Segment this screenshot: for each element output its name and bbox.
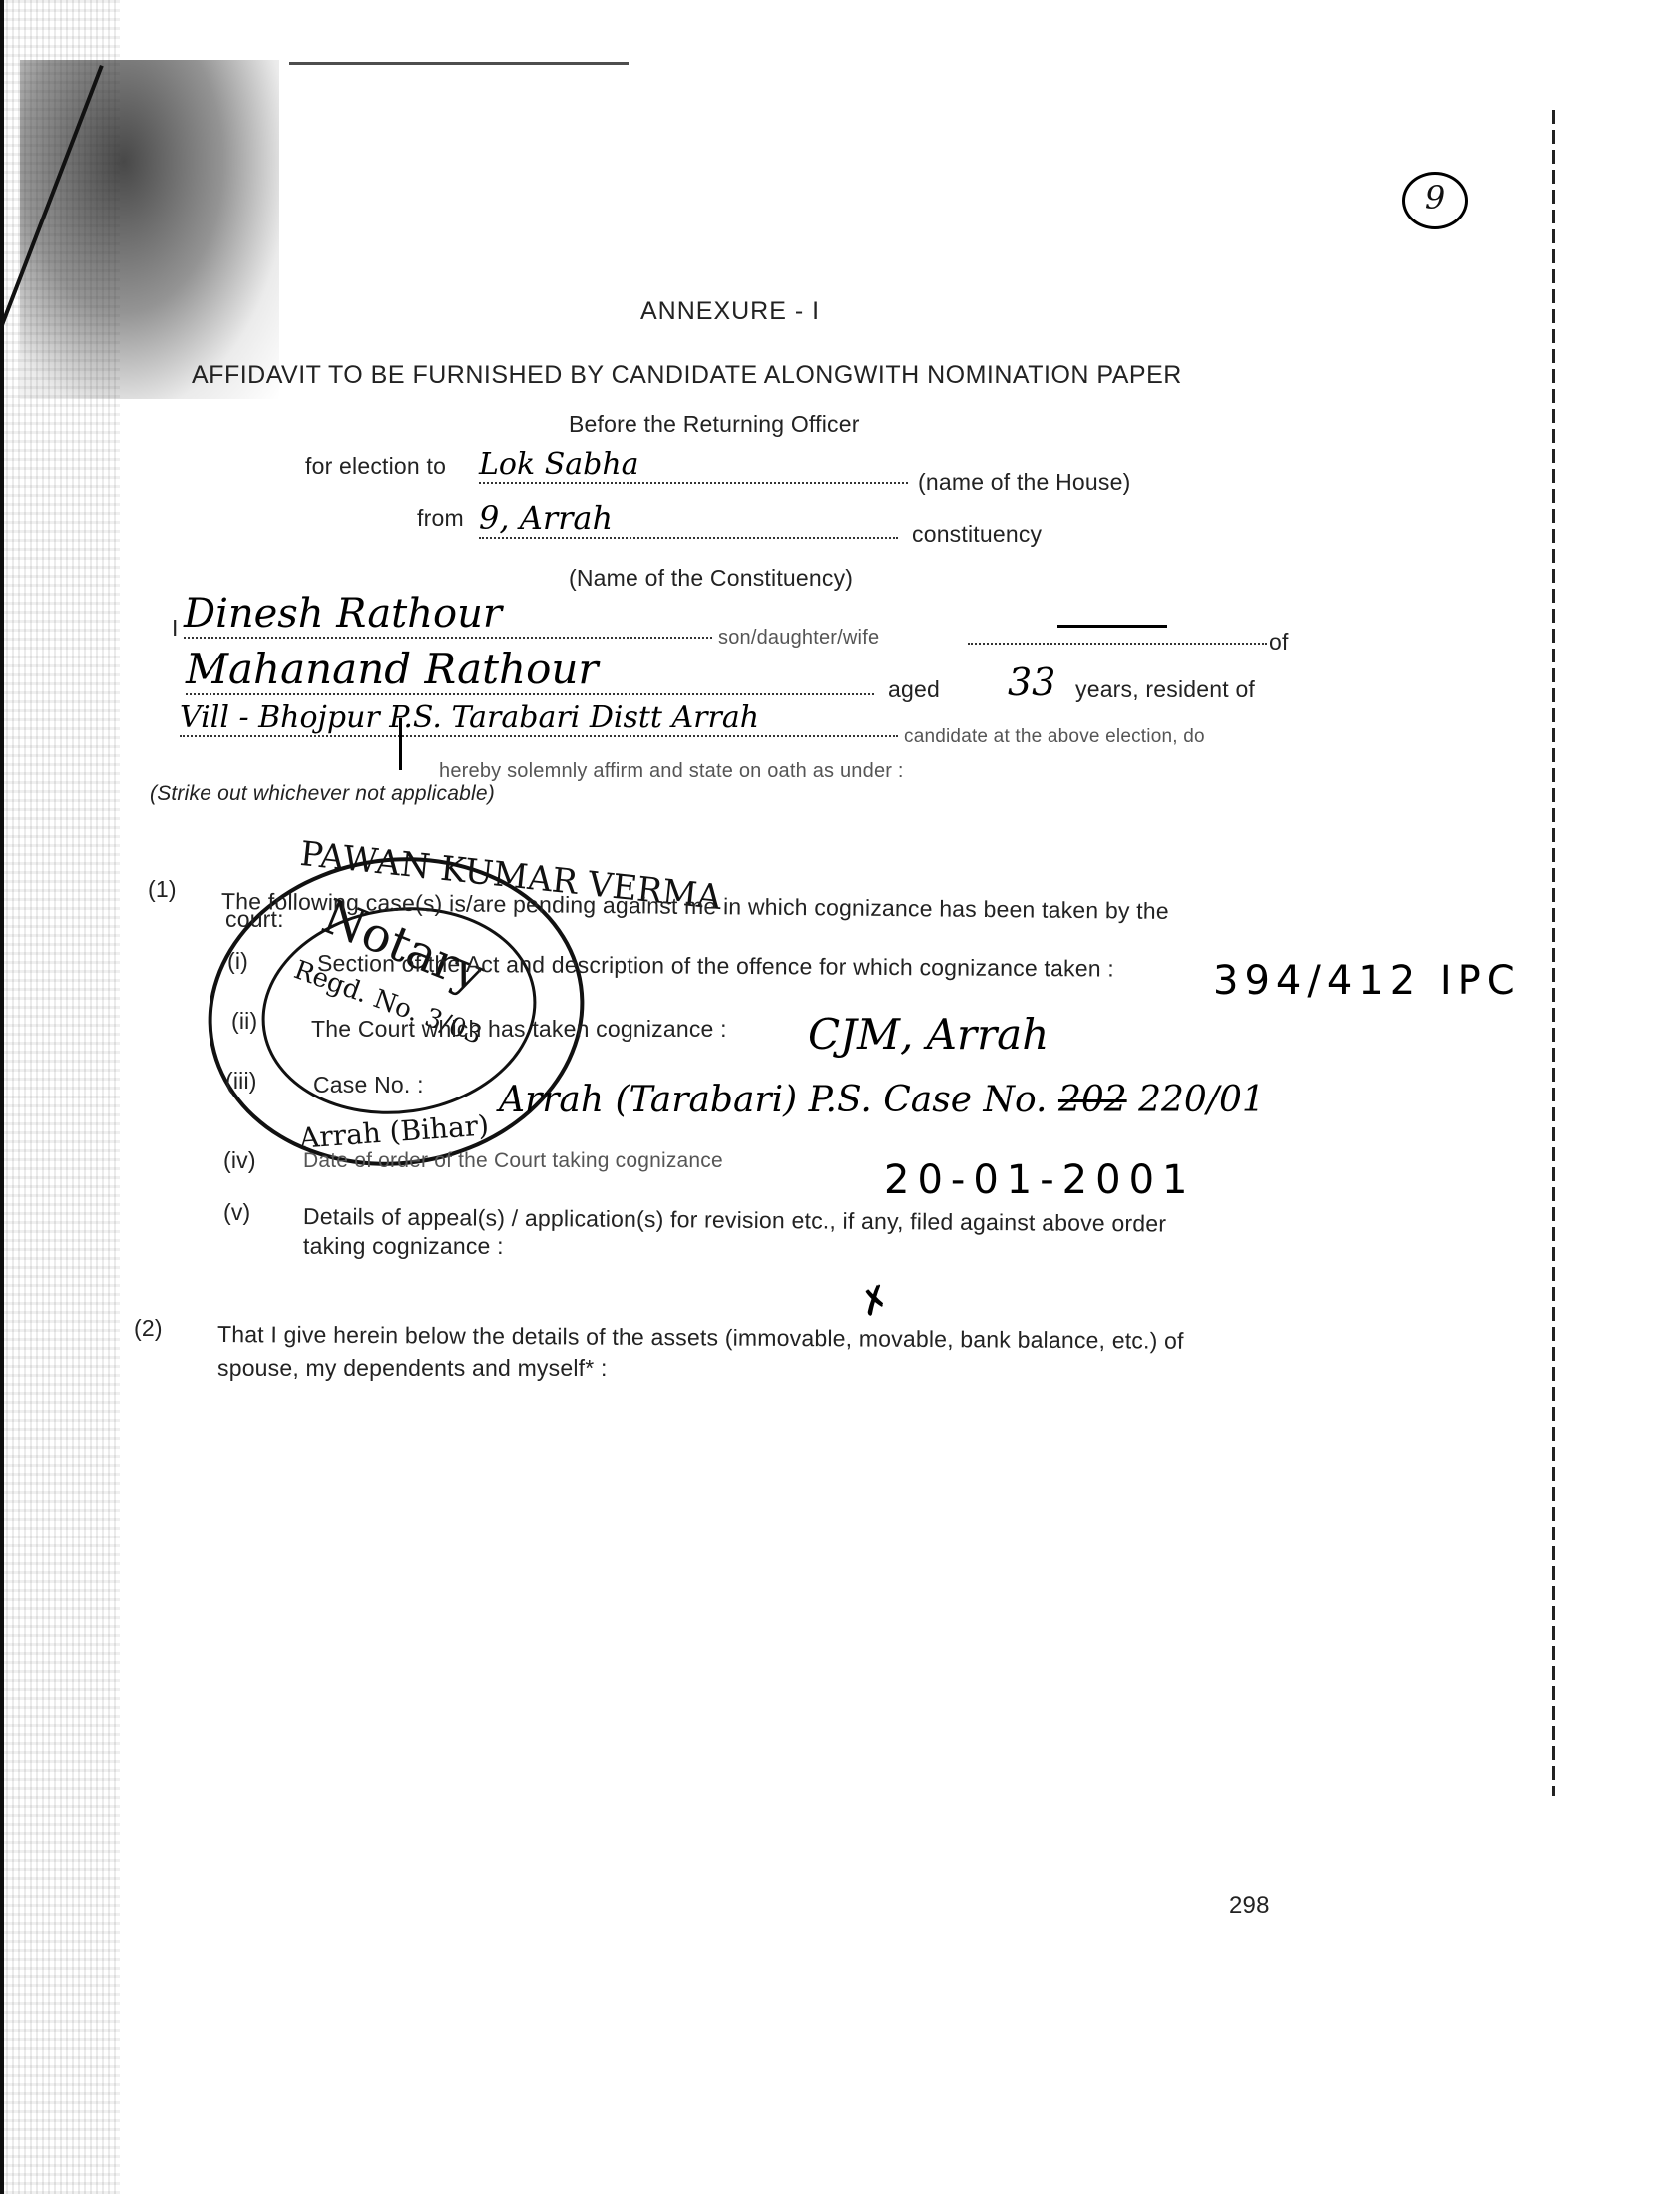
item-i-value: 394/412 IPC	[1213, 958, 1521, 1004]
item-v-value: ✗	[854, 1277, 896, 1326]
pen-mark	[399, 718, 402, 770]
item-v-number: (v)	[223, 1199, 250, 1226]
item-iii-label: Case No. :	[313, 1072, 424, 1098]
document-title: AFFIDAVIT TO BE FURNISHED BY CANDIDATE A…	[192, 361, 1182, 390]
item-ii-value: CJM, Arrah	[808, 1010, 1049, 1059]
strike-dash	[1057, 625, 1167, 628]
house-field: Lok Sabha	[479, 447, 908, 484]
item-v-label-cont: taking cognizance :	[303, 1233, 504, 1260]
item-iii-value: Arrah (Tarabari) P.S. Case No. 202 220/0…	[499, 1080, 1265, 1120]
strike-note: (Strike out whichever not applicable)	[150, 782, 495, 806]
constituency-field: 9, Arrah	[479, 499, 898, 539]
house-value: Lok Sabha	[479, 447, 908, 484]
item-i-number: (i)	[227, 948, 248, 975]
page-number: 298	[1229, 1892, 1270, 1920]
constituency-caption: constituency	[912, 521, 1042, 548]
before-officer: Before the Returning Officer	[569, 411, 860, 438]
item-ii-label: The Court which has taken cognizance :	[311, 1016, 727, 1043]
scan-smudge	[20, 60, 279, 399]
father-name: Mahanand Rathour	[186, 645, 874, 695]
of-label: of	[1269, 629, 1289, 656]
house-caption: (name of the House)	[918, 469, 1130, 496]
father-field: Mahanand Rathour	[186, 645, 874, 695]
section1-intro-cont: court:	[225, 906, 284, 933]
section2-text-cont: spouse, my dependents and myself* :	[217, 1355, 608, 1382]
item-i-label: Section of the Act and description of th…	[317, 950, 1114, 983]
age-value: 33	[1008, 660, 1055, 704]
section2-number: (2)	[134, 1315, 163, 1342]
fold-edge	[289, 62, 629, 65]
relation-field	[968, 623, 1267, 650]
margin-line	[1552, 110, 1555, 1796]
affirm-label: hereby solemnly affirm and state on oath…	[439, 760, 904, 783]
item-ii-number: (ii)	[231, 1008, 257, 1035]
i-label: I	[172, 615, 179, 642]
item-iii-number: (iii)	[225, 1068, 257, 1095]
name-field: Dinesh Rathour	[184, 591, 712, 639]
item-iv-label: Date of order of the Court taking cogniz…	[303, 1149, 723, 1173]
case-struck: 202	[1058, 1080, 1127, 1120]
election-to-label: for election to	[305, 453, 446, 480]
item-iv-value: 20-01-2001	[884, 1157, 1195, 1203]
case-number: 220/01	[1138, 1080, 1265, 1120]
relation-blank	[968, 623, 1267, 645]
constituency-name-caption: (Name of the Constituency)	[569, 565, 853, 592]
case-prefix: Arrah (Tarabari) P.S. Case No.	[499, 1080, 1047, 1120]
address-value: Vill - Bhojpur P.S. Tarabari Distt Arrah	[180, 700, 898, 737]
section2-text: That I give herein below the details of …	[217, 1321, 1184, 1355]
deponent-name: Dinesh Rathour	[184, 591, 712, 639]
constituency-value: 9, Arrah	[479, 499, 898, 539]
section1-number: (1)	[148, 876, 177, 903]
from-label: from	[417, 505, 464, 532]
item-iv-number: (iv)	[223, 1147, 256, 1174]
candidate-label: candidate at the above election, do	[904, 726, 1205, 748]
years-label: years, resident of	[1075, 676, 1255, 703]
address-field: Vill - Bhojpur P.S. Tarabari Distt Arrah	[180, 700, 898, 737]
annexure-heading: ANNEXURE - I	[640, 297, 820, 326]
aged-label: aged	[888, 676, 940, 703]
page-marker: 9	[1402, 172, 1468, 229]
